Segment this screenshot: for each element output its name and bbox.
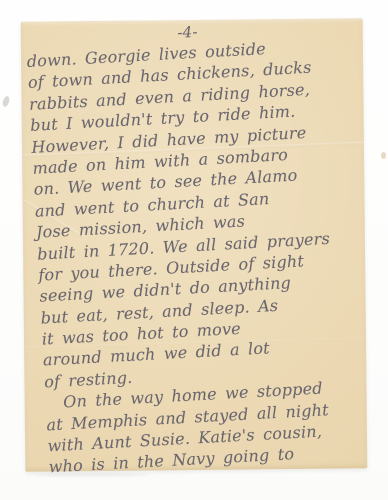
scan-speck <box>381 152 386 159</box>
letter-page: -4- down. Georgie lives outside of town … <box>21 18 368 472</box>
handwritten-text: -4- down. Georgie lives outside of town … <box>25 14 373 479</box>
scan-speck <box>1 95 10 107</box>
scanned-letter: -4- down. Georgie lives outside of town … <box>0 0 388 500</box>
